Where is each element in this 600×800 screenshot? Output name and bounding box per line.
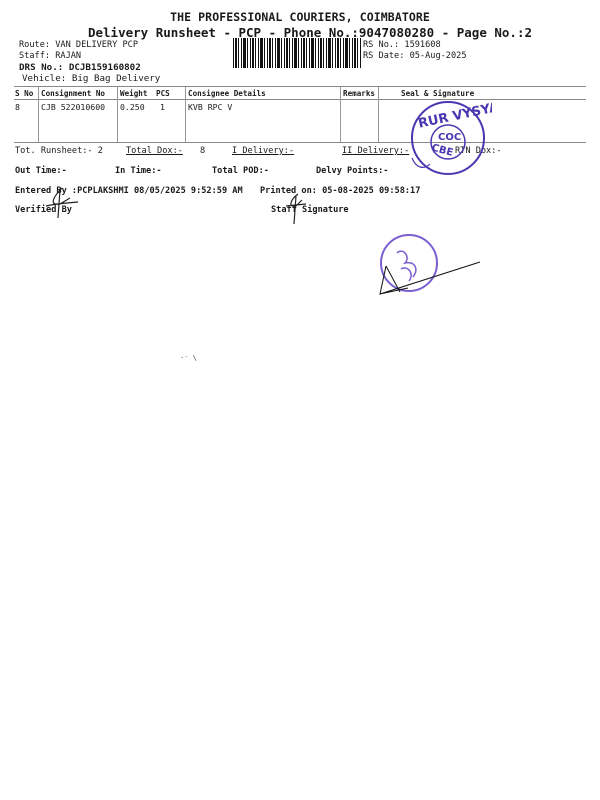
- col-divider: [340, 87, 341, 142]
- col-header-consignment: Consignment No: [41, 89, 105, 98]
- col-header-sno: S No: [15, 89, 33, 98]
- total-pod: Total POD:-: [212, 166, 269, 176]
- col-divider: [38, 87, 39, 142]
- staff-signature: Staff Signature: [271, 205, 349, 215]
- rs-date-value: 05-Aug-2025: [410, 51, 467, 61]
- col-header-remarks: Remarks: [343, 89, 375, 98]
- ii-delivery: II Delivery:-: [342, 146, 409, 156]
- rs-no-line: RS No.: 1591608: [363, 40, 441, 50]
- vehicle-value: Big Bag Delivery: [72, 73, 161, 84]
- route-value: VAN DELIVERY PCP: [55, 40, 138, 50]
- drs-line: DRS No.: DCJB159160802: [19, 62, 141, 73]
- cell-weight: 0.250: [120, 102, 145, 112]
- col-header-consignee: Consignee Details: [188, 89, 266, 98]
- col-divider: [117, 87, 118, 142]
- vehicle-line: Vehicle: Big Bag Delivery: [22, 73, 160, 84]
- verified-signature-icon: [40, 186, 80, 220]
- drs-label: DRS No.:: [19, 62, 63, 73]
- col-header-seal: Seal & Signature: [401, 89, 474, 98]
- staff-label: Staff:: [19, 51, 50, 61]
- drs-value: DCJB159160802: [69, 62, 141, 73]
- table-header-border: [14, 99, 586, 100]
- col-divider: [185, 87, 186, 142]
- table-top-border: [14, 86, 586, 87]
- rs-date-line: RS Date: 05-Aug-2025: [363, 51, 467, 61]
- bank-seal-stamp-icon: RUR VYSYA COC CBE: [404, 98, 492, 178]
- route-line: Route: VAN DELIVERY PCP: [19, 40, 138, 50]
- company-title: THE PROFESSIONAL COURIERS, COIMBATORE: [0, 10, 600, 24]
- cell-sno: 8: [15, 102, 20, 112]
- in-time: In Time:-: [115, 166, 162, 176]
- col-header-weight: Weight: [120, 89, 147, 98]
- route-label: Route:: [19, 40, 50, 50]
- col-header-pcs: PCS: [156, 89, 170, 98]
- total-dox-label: Total Dox:-: [126, 146, 183, 156]
- rs-no-value: 1591608: [404, 40, 440, 50]
- cell-consignee: KVB RPC V: [188, 102, 232, 112]
- out-time: Out Time:-: [15, 166, 67, 176]
- rs-date-label: RS Date:: [363, 51, 404, 61]
- table-bottom-border: [14, 142, 586, 143]
- stamp-inner-bottom: CBE: [430, 143, 454, 159]
- total-dox-value: 8: [200, 146, 205, 156]
- rs-no-label: RS No.:: [363, 40, 399, 50]
- pen-signature-icon: [378, 258, 483, 298]
- delvy-points: Delvy Points:-: [316, 166, 388, 176]
- i-delivery: I Delivery:-: [232, 146, 294, 156]
- staff-signature-icon: [284, 192, 308, 226]
- cell-pcs: 1: [160, 102, 165, 112]
- cell-consignment-no: CJB 522010600: [41, 102, 105, 112]
- staff-value: RAJAN: [55, 51, 81, 61]
- col-divider: [378, 87, 379, 142]
- barcode: [233, 38, 361, 68]
- vehicle-label: Vehicle:: [22, 73, 66, 84]
- stray-mark: ·⁻ \: [180, 354, 197, 362]
- stamp-inner-top: COC: [438, 132, 461, 143]
- staff-line: Staff: RAJAN: [19, 51, 81, 61]
- tot-runsheet: Tot. Runsheet:- 2: [15, 146, 103, 156]
